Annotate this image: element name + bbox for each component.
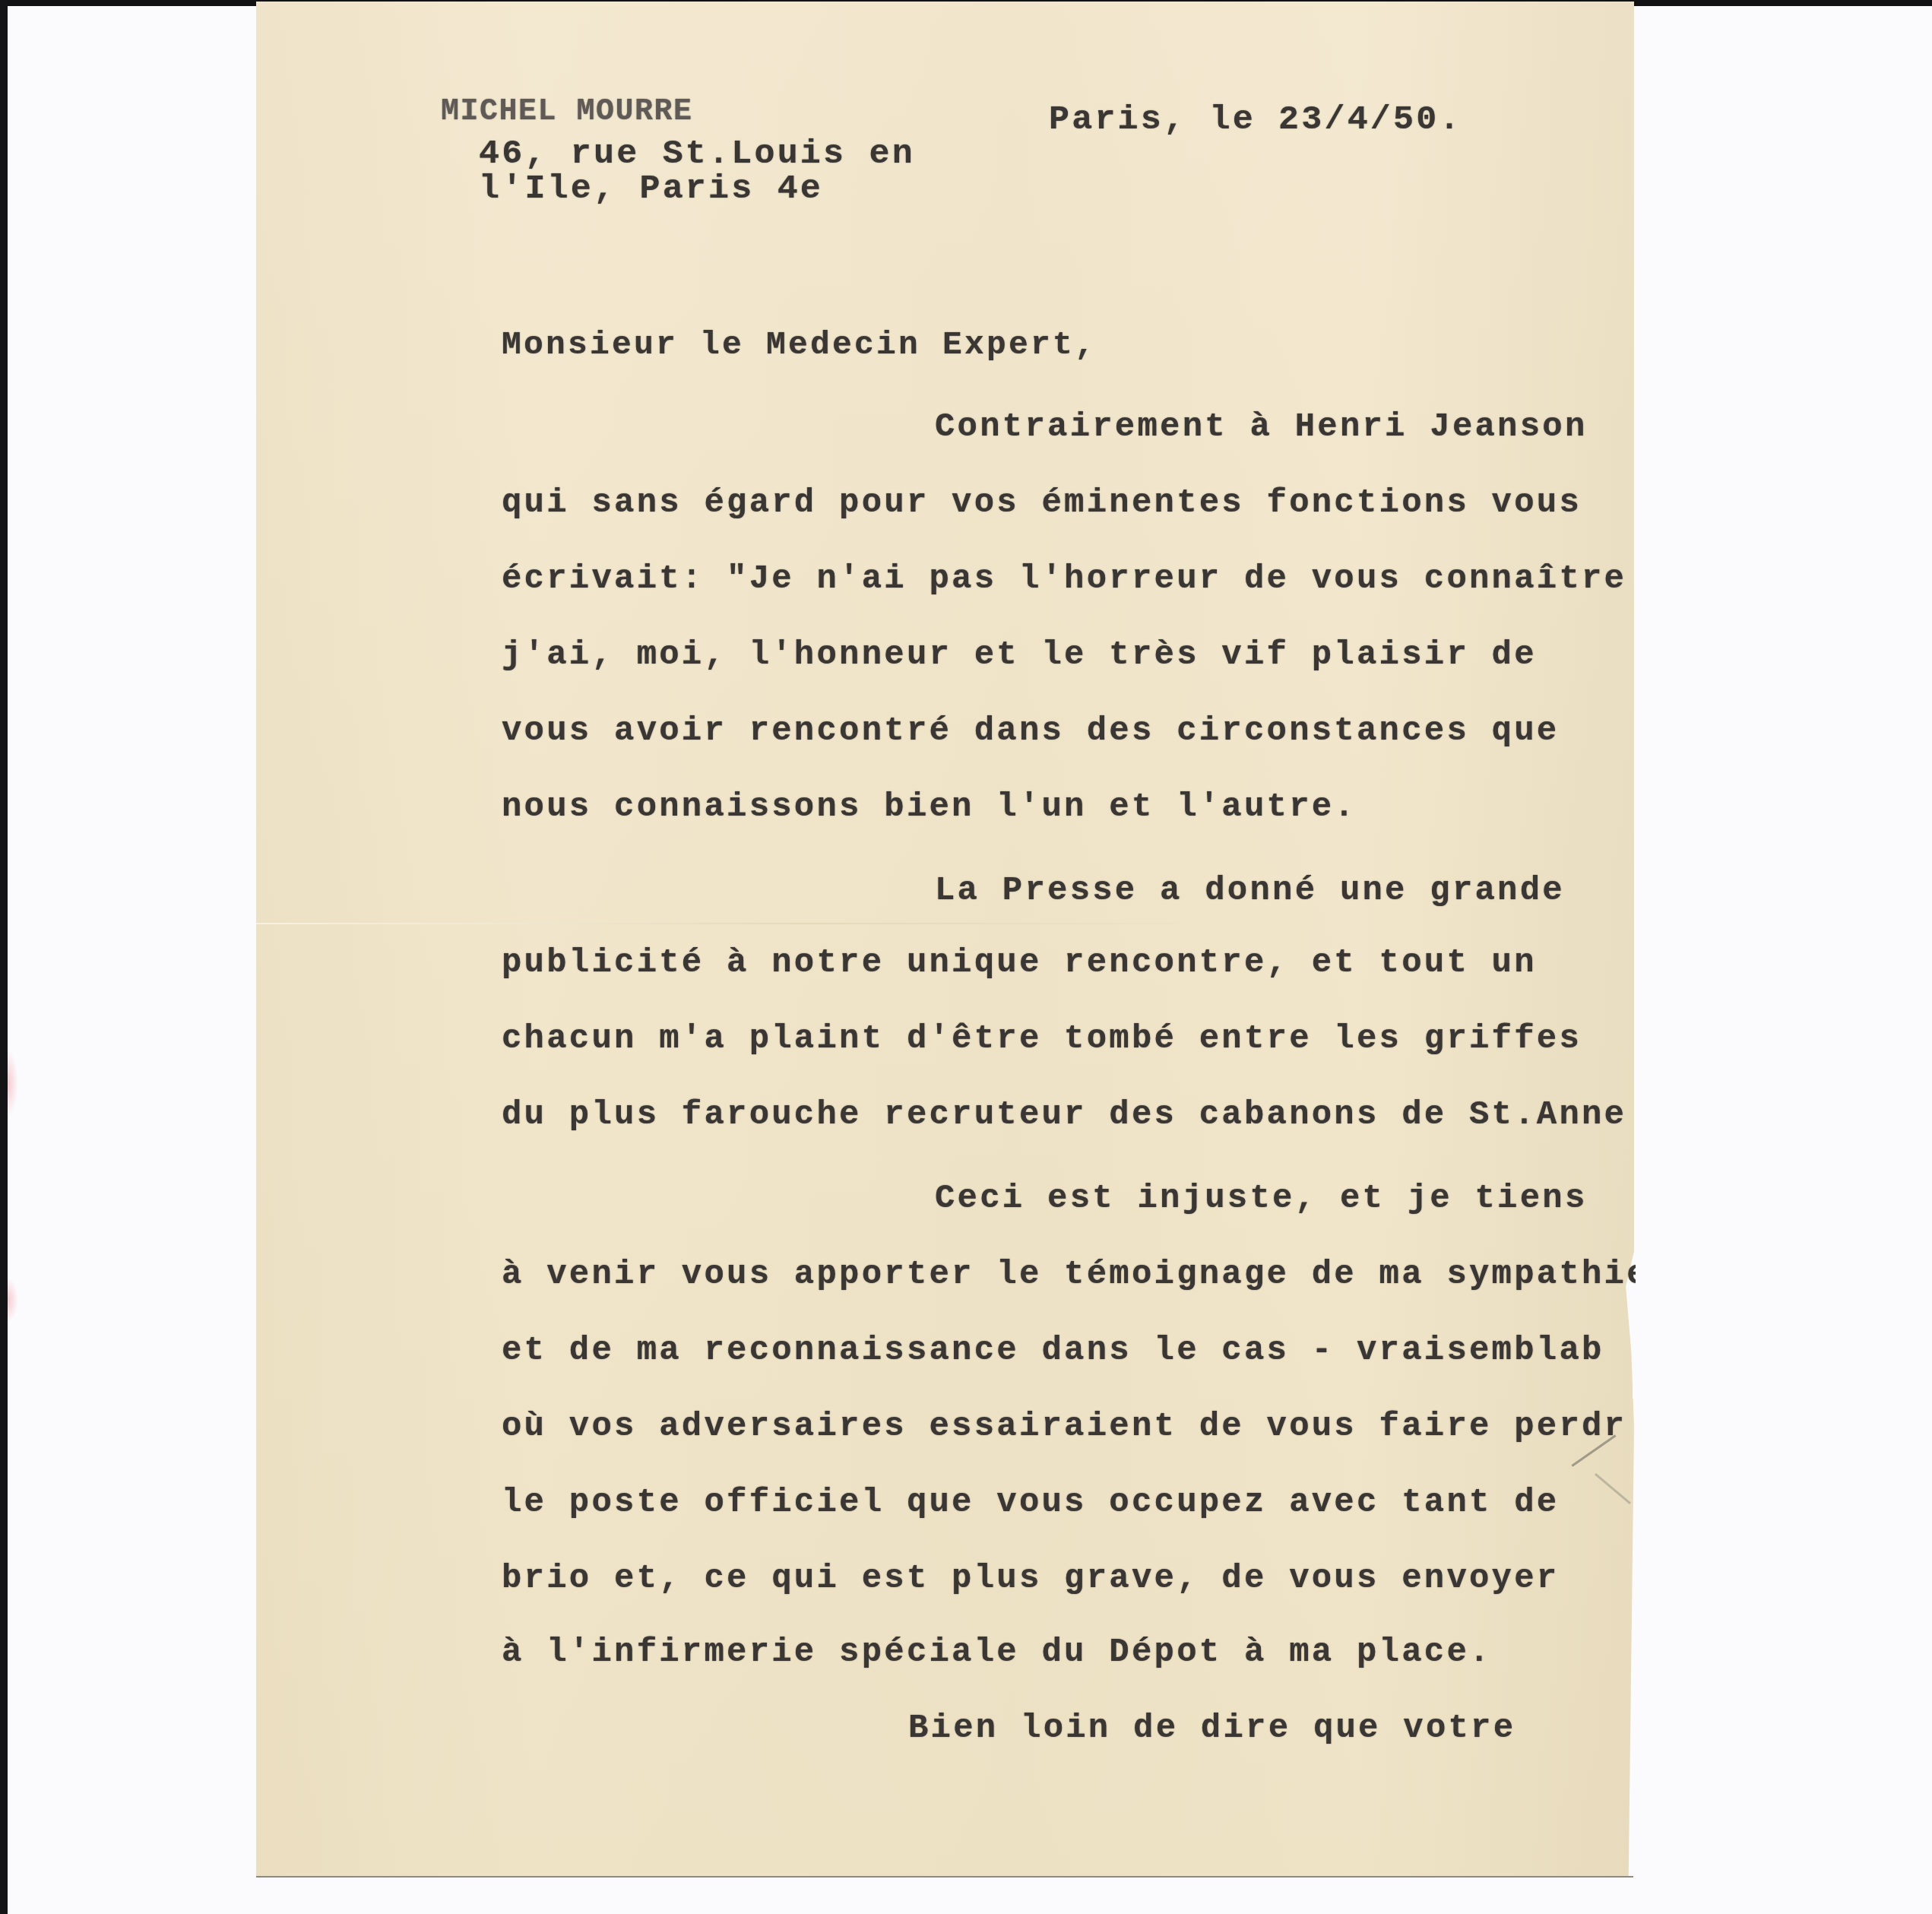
letter-line: qui sans égard pour vos éminentes foncti… xyxy=(502,486,1582,520)
letter-line: j'ai, moi, l'honneur et le très vif plai… xyxy=(502,639,1537,672)
letter-line: où vos adversaires essairaient de vous f… xyxy=(502,1410,1626,1443)
letter-line: La Presse a donné une grande xyxy=(935,874,1565,908)
letter-line: vous avoir rencontré dans des circonstan… xyxy=(502,715,1559,748)
scanner-bed-right xyxy=(1636,6,1932,1914)
pink-smudge xyxy=(8,1277,18,1323)
pink-smudge xyxy=(8,1049,18,1117)
sender-address-line-2: l'Ile, Paris 4e xyxy=(479,172,823,206)
letter-line: à venir vous apporter le témoignage de m… xyxy=(502,1258,1649,1291)
letter-line: écrivait: "Je n'ai pas l'horreur de vous… xyxy=(502,562,1626,596)
sender-address-line-1: 46, rue St.Louis en xyxy=(479,137,915,171)
letter-line: du plus farouche recruteur des cabanons … xyxy=(502,1098,1626,1132)
letter-line: brio et, ce qui est plus grave, de vous … xyxy=(502,1562,1559,1596)
pencil-mark xyxy=(1595,1473,1631,1504)
scanner-bed-bottom xyxy=(256,1878,1639,1914)
letter-line: à l'infirmerie spéciale du Dépot à ma pl… xyxy=(502,1636,1492,1669)
sender-name: MICHEL MOURRE xyxy=(441,97,693,128)
letter-line: chacun m'a plaint d'être tombé entre les… xyxy=(502,1022,1582,1056)
letter-line: Bien loin de dire que votre xyxy=(908,1712,1516,1745)
salutation: Monsieur le Medecin Expert, xyxy=(502,328,1097,361)
paper-bottom-edge xyxy=(256,1876,1633,1878)
letter-line: et de ma reconnaissance dans le cas - vr… xyxy=(502,1334,1604,1367)
scan-frame-left-edge xyxy=(0,0,8,1914)
letter-line: Ceci est injuste, et je tiens xyxy=(935,1182,1588,1215)
letter-line: le poste officiel que vous occupez avec … xyxy=(502,1486,1559,1519)
letter-line: nous connaissons bien l'un et l'autre. xyxy=(502,791,1357,824)
torn-edge-notch xyxy=(1633,1292,1648,1399)
paper-fold-line xyxy=(256,923,1634,924)
letter-line: Contrairement à Henri Jeanson xyxy=(935,410,1588,444)
letter-line: publicité à notre unique rencontre, et t… xyxy=(502,946,1537,980)
place-date: Paris, le 23/4/50. xyxy=(1049,103,1462,137)
